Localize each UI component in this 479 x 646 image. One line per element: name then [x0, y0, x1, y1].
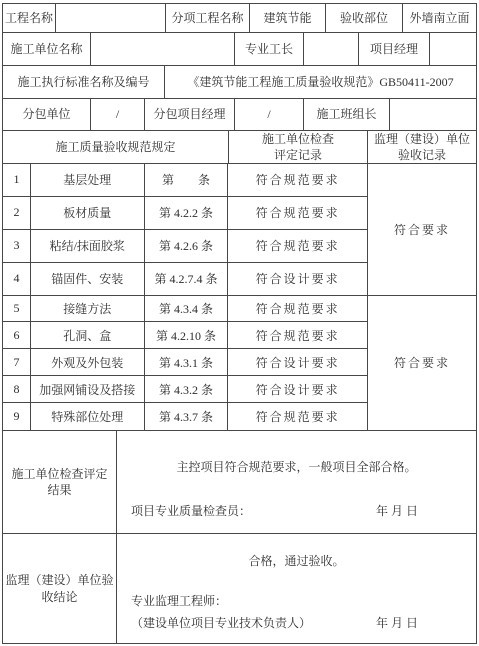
row-number: 8 — [3, 376, 31, 402]
row-number: 9 — [3, 403, 31, 430]
supervision-result-rows1-4: 符合要求 — [368, 164, 476, 296]
supervision-engineer-sign-label: 专业监理工程师： — [131, 592, 227, 609]
check-record: 符合规范要求 — [228, 296, 367, 322]
sub-project-label: 分项工程名称 — [166, 4, 250, 32]
foreman-field[interactable] — [304, 33, 359, 65]
inspection-item: 加强网铺设及搭接 — [31, 376, 145, 402]
inspection-item: 板材质量 — [31, 197, 145, 229]
crew-leader-label: 施工班组长 — [304, 99, 390, 130]
project-name-field[interactable] — [56, 4, 166, 32]
check-record: 符合规范要求 — [228, 403, 367, 430]
row-number: 5 — [3, 296, 31, 322]
row-number: 7 — [3, 349, 31, 375]
table-row: 3 粘结/抹面胶浆 第 4.2.6 条 符合规范要求 — [3, 230, 367, 263]
check-record: 符合规范要求 — [228, 197, 367, 229]
inspection-item: 外观及外包装 — [31, 349, 145, 375]
clause-ref: 第 4.3.7 条 — [145, 403, 229, 430]
clause-ref: 第 4.2.6 条 — [145, 230, 229, 262]
check-record: 符合规范要求 — [228, 164, 367, 196]
info-row-project: 工程名称 分项工程名称 建筑节能 验收部位 外墙南立面 — [3, 4, 476, 33]
spec-column-header: 施工质量验收规范规定 — [3, 131, 229, 163]
project-manager-field[interactable] — [430, 33, 476, 65]
table-row: 4 锚固件、安装 第 4.2.7.4 条 符合设计要求 — [3, 263, 367, 296]
sub-project-manager-value: / — [235, 99, 304, 130]
inspection-item: 基层处理 — [31, 164, 145, 196]
construction-unit-field[interactable] — [91, 33, 235, 65]
check-record: 符合规范要求 — [228, 322, 367, 348]
supervision-conclusion-label: 监理（建设）单位验 收结论 — [3, 534, 117, 643]
clause-ref: 第 4.2.7.4 条 — [145, 263, 229, 295]
check-record: 符合设计要求 — [228, 376, 367, 402]
inspection-part-label: 验收部位 — [326, 4, 403, 32]
supervision-conclusion-text: 合格，通过验收。 — [117, 534, 476, 587]
check-record: 符合规范要求 — [228, 230, 367, 262]
inspection-date-field[interactable]: 年 月 日 — [376, 502, 418, 519]
check-record: 符合设计要求 — [228, 349, 367, 375]
subcontractor-value: / — [91, 99, 145, 130]
owner-representative-note: （建设单位项目专业技术负责人） — [131, 614, 311, 631]
clause-ref: 第 4.3.2 条 — [145, 376, 229, 402]
row-number: 2 — [3, 197, 31, 229]
table-row: 8 加强网铺设及搭接 第 4.3.2 条 符合设计要求 — [3, 376, 367, 403]
inspection-part-value: 外墙南立面 — [403, 4, 476, 32]
supervision-conclusion-content: 合格，通过验收。 专业监理工程师： （建设单位项目专业技术负责人） 年 月 日 — [117, 534, 476, 643]
table-row: 5 接缝方法 第 4.3.4 条 符合规范要求 — [3, 296, 367, 323]
inspection-result-section: 施工单位检查评定 结果 主控项目符合规范要求，一般项目全部合格。 项目专业质量检… — [3, 431, 476, 534]
table-row: 9 特殊部位处理 第 4.3.7 条 符合规范要求 — [3, 403, 367, 430]
inspection-item: 特殊部位处理 — [31, 403, 145, 430]
project-name-label: 工程名称 — [3, 4, 56, 32]
inspection-item: 粘结/抹面胶浆 — [31, 230, 145, 262]
sub-project-manager-label: 分包项目经理 — [145, 99, 235, 130]
check-record: 符合设计要求 — [228, 263, 367, 295]
table-row: 7 外观及外包装 第 4.3.1 条 符合设计要求 — [3, 349, 367, 376]
clause-ref: 第 4.2.10 条 — [145, 322, 229, 348]
standard-value: 《建筑节能工程施工质量验收规范》GB50411-2007 — [165, 66, 476, 98]
supervision-result-rows5-9: 符合要求 — [368, 296, 476, 431]
standard-label: 施工执行标准名称及编号 — [3, 66, 165, 98]
project-manager-label: 项目经理 — [359, 33, 430, 65]
inspection-conclusion-text: 主控项目符合规范要求，一般项目全部合格。 — [117, 431, 476, 502]
clause-ref: 第 条 — [145, 164, 229, 196]
table-body: 1 基层处理 第 条 符合规范要求 2 板材质量 第 4.2.2 条 符合规范要… — [3, 164, 476, 431]
foreman-label: 专业工长 — [235, 33, 304, 65]
inspection-item: 孔洞、盒 — [31, 322, 145, 348]
crew-leader-field[interactable] — [390, 99, 476, 130]
supervision-record-column: 符合要求 符合要求 — [368, 164, 476, 430]
sub-project-value: 建筑节能 — [250, 4, 326, 32]
info-row-standard: 施工执行标准名称及编号 《建筑节能工程施工质量验收规范》GB50411-2007 — [3, 66, 476, 99]
row-number: 6 — [3, 322, 31, 348]
supervision-conclusion-section: 监理（建设）单位验 收结论 合格，通过验收。 专业监理工程师： （建设单位项目专… — [3, 534, 476, 643]
supervision-column-header: 监理（建设）单位 验收记录 — [368, 131, 476, 163]
info-row-subcontract: 分包单位 / 分包项目经理 / 施工班组长 — [3, 99, 476, 131]
clause-ref: 第 4.2.2 条 — [145, 197, 229, 229]
table-row: 2 板材质量 第 4.2.2 条 符合规范要求 — [3, 197, 367, 230]
table-row: 1 基层处理 第 条 符合规范要求 — [3, 164, 367, 197]
row-number: 3 — [3, 230, 31, 262]
table-header-row: 施工质量验收规范规定 施工单位检查 评定记录 监理（建设）单位 验收记录 — [3, 131, 476, 164]
inspection-item: 接缝方法 — [31, 296, 145, 322]
inspection-item: 锚固件、安装 — [31, 263, 145, 295]
subcontractor-label: 分包单位 — [3, 99, 91, 130]
table-row: 6 孔洞、盒 第 4.2.10 条 符合规范要求 — [3, 322, 367, 349]
row-number: 4 — [3, 263, 31, 295]
supervision-date-field[interactable]: 年 月 日 — [376, 614, 418, 631]
quality-inspector-sign-label: 项目专业质量检查员： — [131, 502, 251, 519]
clause-ref: 第 4.3.4 条 — [145, 296, 229, 322]
info-row-unit: 施工单位名称 专业工长 项目经理 — [3, 33, 476, 66]
inspection-result-content: 主控项目符合规范要求，一般项目全部合格。 项目专业质量检查员： 年 月 日 — [117, 431, 476, 533]
clause-ref: 第 4.3.1 条 — [145, 349, 229, 375]
table-body-left: 1 基层处理 第 条 符合规范要求 2 板材质量 第 4.2.2 条 符合规范要… — [3, 164, 368, 430]
inspection-column-header: 施工单位检查 评定记录 — [229, 131, 368, 163]
scanned-form-page: { "colors": {"border": "#474747", "text"… — [0, 0, 479, 646]
inspection-result-label: 施工单位检查评定 结果 — [3, 431, 117, 533]
quality-acceptance-form: 工程名称 分项工程名称 建筑节能 验收部位 外墙南立面 施工单位名称 专业工长 … — [2, 3, 477, 644]
row-number: 1 — [3, 164, 31, 196]
construction-unit-label: 施工单位名称 — [3, 33, 91, 65]
